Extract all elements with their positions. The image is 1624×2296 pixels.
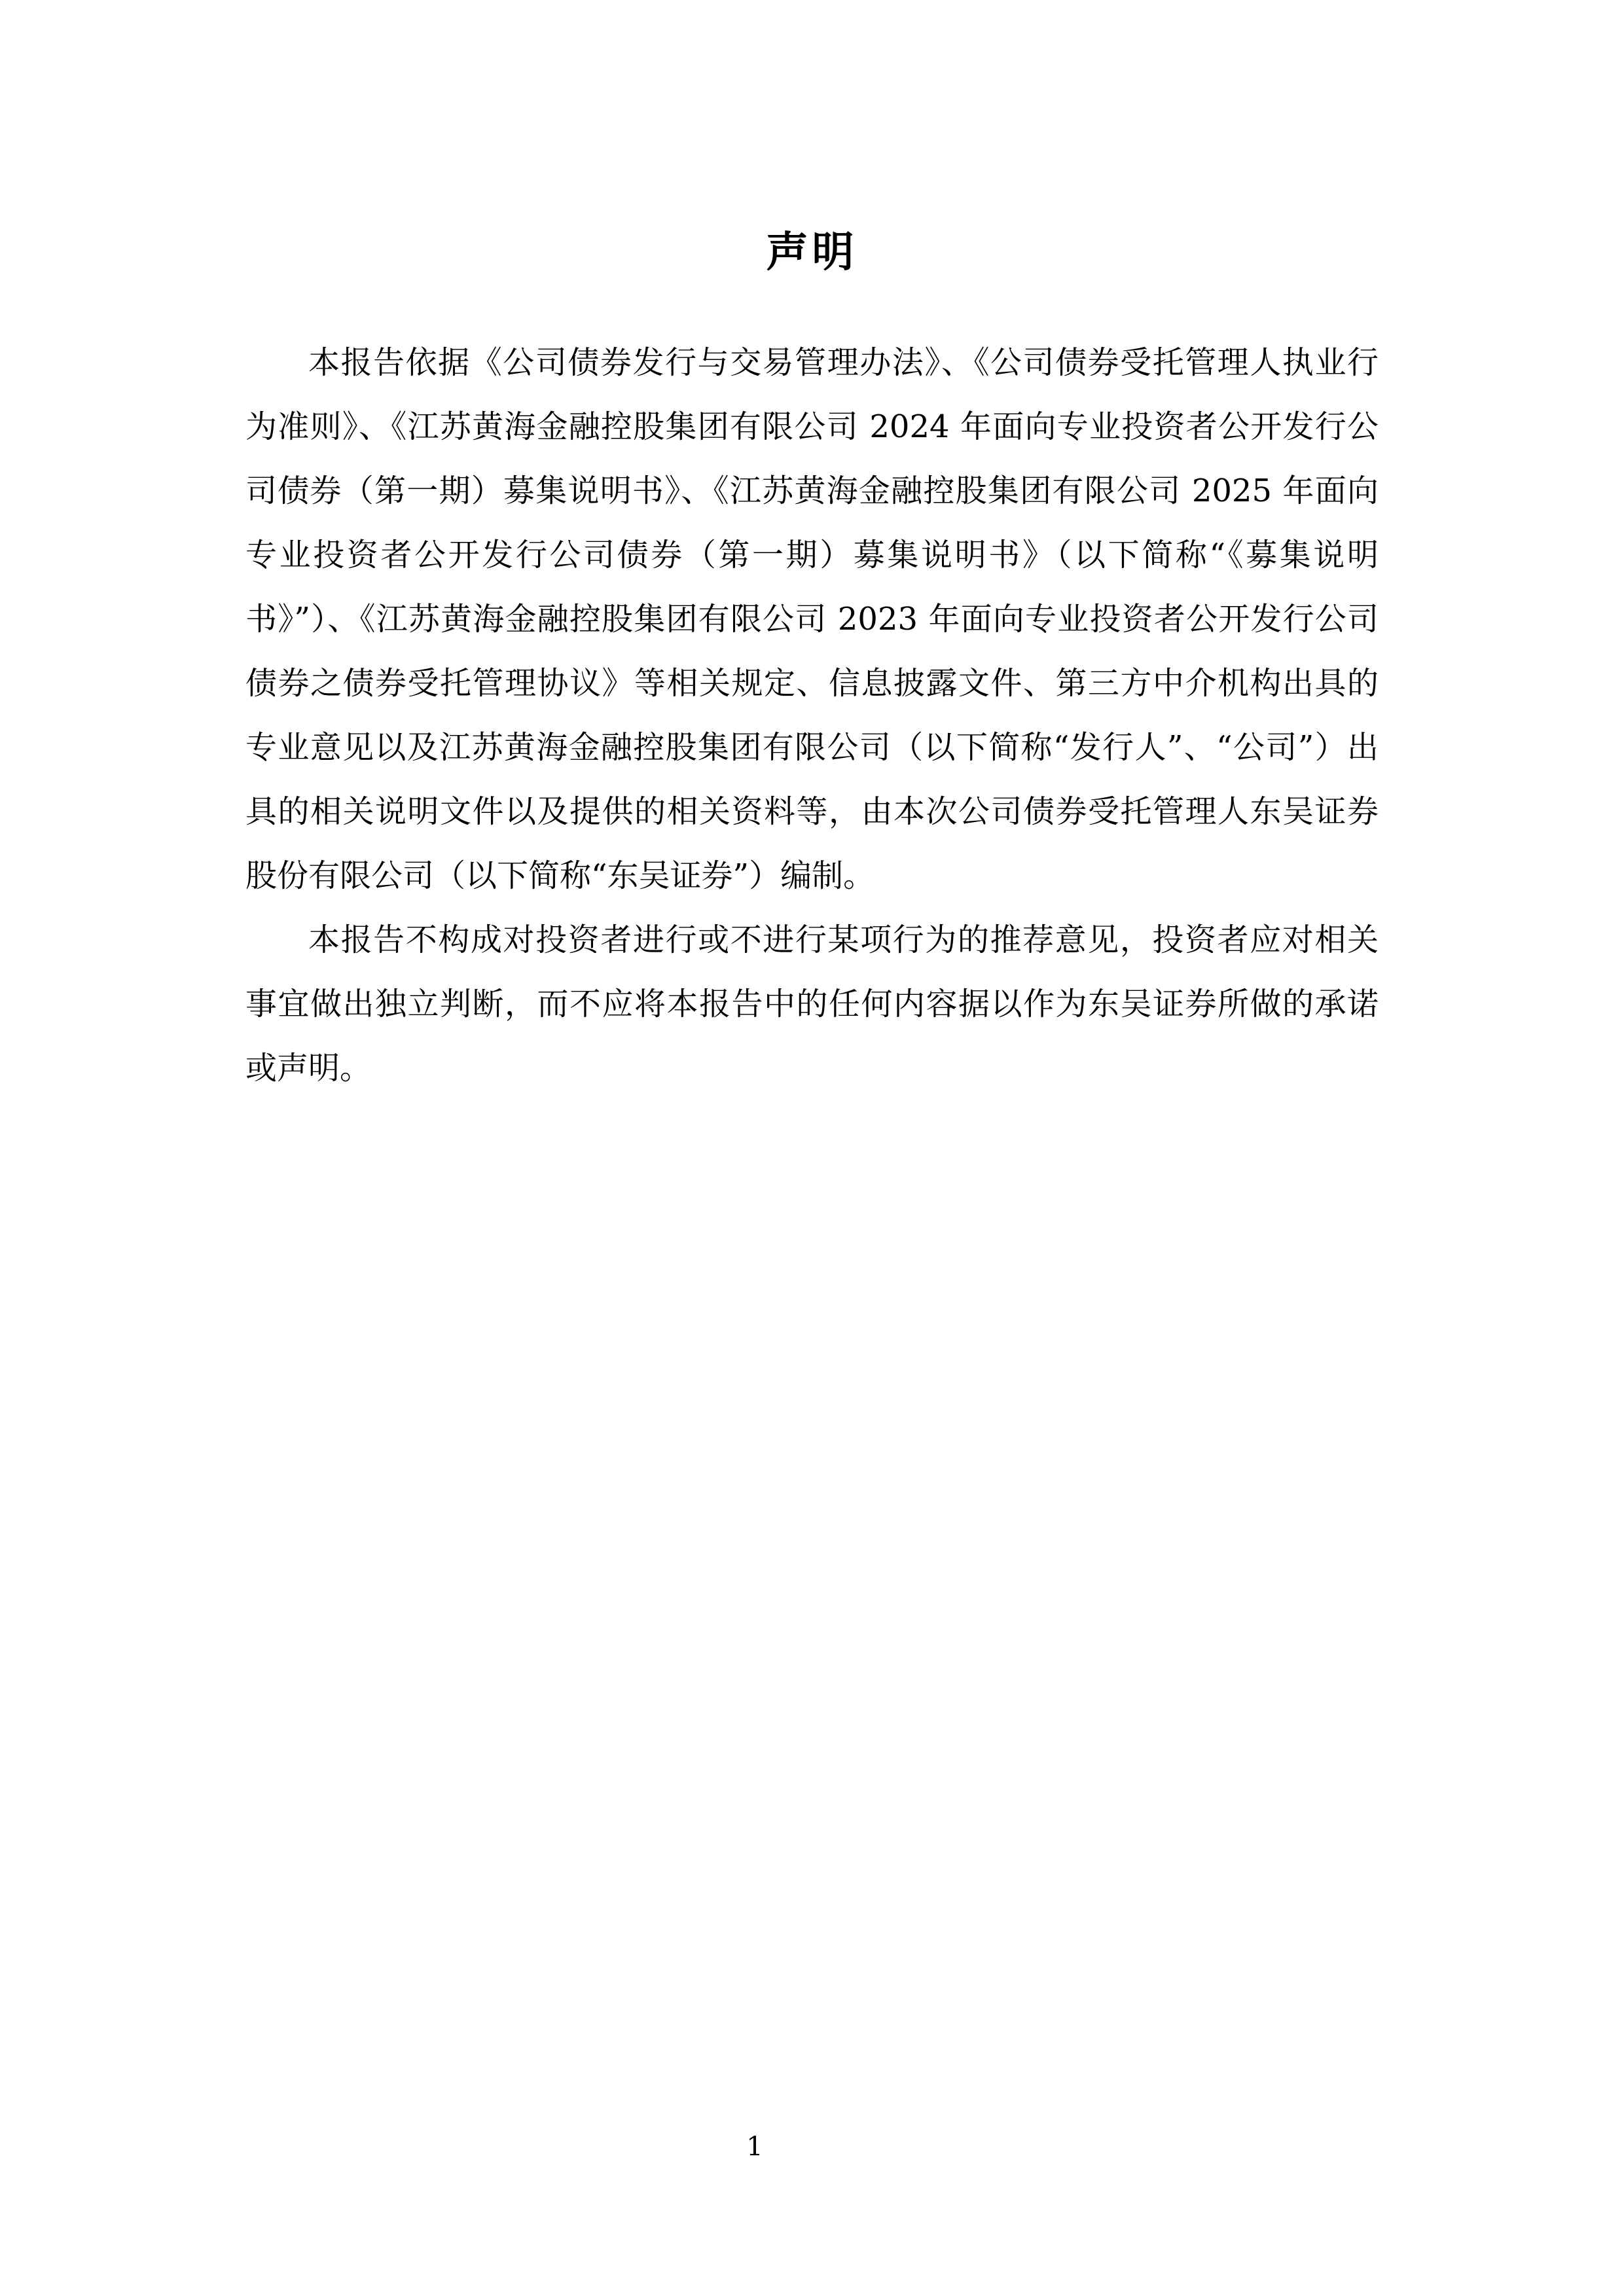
document-body: 本报告依据《公司债券发行与交易管理办法》、《公司债券受托管理人执业行 为准则》、…	[245, 331, 1379, 1100]
text-line: 本报告不构成对投资者进行或不进行某项行为的推荐意见，投资者应对相关	[245, 908, 1379, 972]
text-line: 债券之债券受托管理协议》等相关规定、信息披露文件、第三方中介机构出具的	[245, 651, 1379, 715]
page-number: 1	[0, 2131, 1509, 2162]
text-line: 为准则》、《江苏黄海金融控股集团有限公司 2024 年面向专业投资者公开发行公	[245, 395, 1379, 459]
text-line: 专业投资者公开发行公司债券（第一期）募集说明书》（以下简称“《募集说明	[245, 523, 1379, 587]
text-line: 书》”）、《江苏黄海金融控股集团有限公司 2023 年面向专业投资者公开发行公司	[245, 587, 1379, 651]
page-title: 声明	[0, 228, 1624, 277]
text-line: 或声明。	[245, 1036, 1379, 1100]
paragraph-2: 本报告不构成对投资者进行或不进行某项行为的推荐意见，投资者应对相关 事宜做出独立…	[245, 908, 1379, 1100]
document-page: 声明 本报告依据《公司债券发行与交易管理办法》、《公司债券受托管理人执业行 为准…	[0, 0, 1624, 2296]
text-line: 专业意见以及江苏黄海金融控股集团有限公司（以下简称“发行人”、“公司”）出	[245, 715, 1379, 780]
text-line: 司债券（第一期）募集说明书》、《江苏黄海金融控股集团有限公司 2025 年面向	[245, 459, 1379, 523]
text-line: 股份有限公司（以下简称“东吴证券”）编制。	[245, 844, 1379, 908]
text-line: 具的相关说明文件以及提供的相关资料等，由本次公司债券受托管理人东吴证券	[245, 780, 1379, 844]
text-line: 本报告依据《公司债券发行与交易管理办法》、《公司债券受托管理人执业行	[245, 331, 1379, 395]
text-line: 事宜做出独立判断，而不应将本报告中的任何内容据以作为东吴证券所做的承诺	[245, 972, 1379, 1036]
paragraph-1: 本报告依据《公司债券发行与交易管理办法》、《公司债券受托管理人执业行 为准则》、…	[245, 331, 1379, 908]
